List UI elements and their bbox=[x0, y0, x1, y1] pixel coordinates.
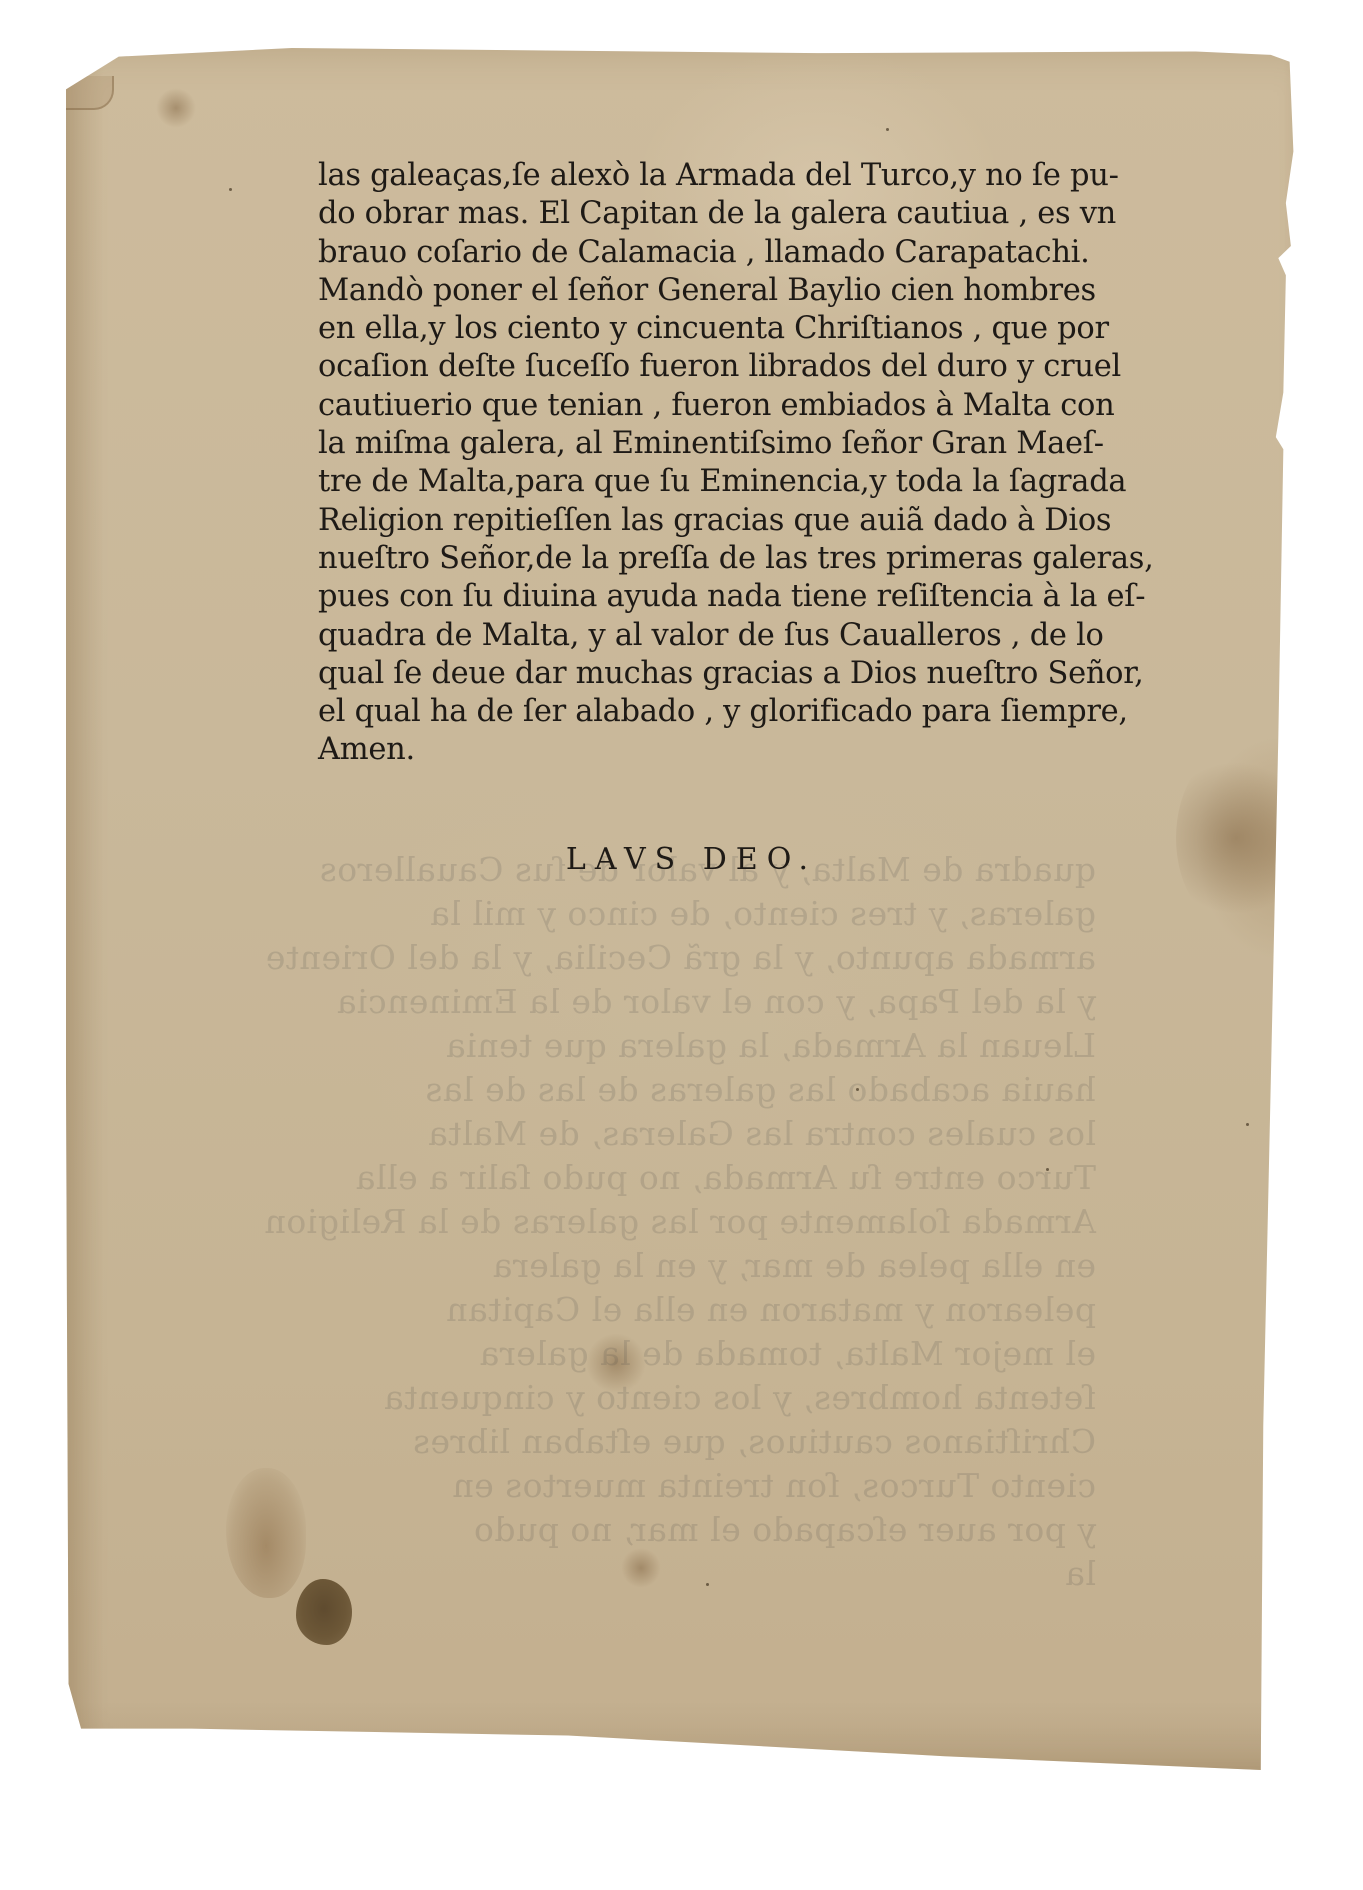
bleed-line: Armada ſolamente por las galeras de la R… bbox=[306, 1200, 1096, 1244]
stain-upper-left bbox=[156, 88, 196, 128]
text-line: Mandò poner el ſeñor General Baylio cien… bbox=[318, 272, 1058, 310]
bleed-line: ciento Turcos, ſon treinta muertos en bbox=[306, 1464, 1096, 1508]
bleed-line: y por auer eſcapado el mar, no pudo bbox=[306, 1508, 1096, 1552]
bleed-line: Chriſtianos cautiuos, que eſtaban libres bbox=[306, 1420, 1096, 1464]
bleed-line: hauia acabado las galeras de las de las bbox=[306, 1068, 1096, 1112]
body-text: las galeaças,ſe alexò la Armada del Turc… bbox=[318, 157, 1058, 770]
text-line: nueſtro Señor,de la preſſa de las tres p… bbox=[318, 540, 1058, 578]
text-line: qual ſe deue dar muchas gracias a Dios n… bbox=[318, 655, 1058, 693]
paper-speck bbox=[886, 128, 889, 131]
bleed-line: galeras, y tres ciento, de cinco y mil l… bbox=[306, 892, 1096, 936]
text-line: brauo coſario de Calamacia , llamado Car… bbox=[318, 234, 1058, 272]
bleed-line: el mejor Malta, tomada de la galera bbox=[306, 1332, 1096, 1376]
closing-laus-deo: LAVS DEO. bbox=[0, 842, 1363, 877]
text-line: las galeaças,ſe alexò la Armada del Turc… bbox=[318, 157, 1058, 195]
paper-speck bbox=[229, 188, 232, 191]
bleed-line: la bbox=[306, 1552, 1096, 1596]
bleed-line: Turco entre ſu Armada, no pudo ſalir a e… bbox=[306, 1156, 1096, 1200]
text-line: el qual ha de ſer alabado , y glorificad… bbox=[318, 693, 1058, 731]
blotch-stain bbox=[226, 1468, 306, 1598]
bleed-line: pelearon y mataron en ella el Capitan bbox=[306, 1288, 1096, 1332]
paper-speck bbox=[1246, 1123, 1249, 1126]
bleed-line: los cuales contra las Galeras, de Malta bbox=[306, 1112, 1096, 1156]
text-line: do obrar mas. El Capitan de la galera ca… bbox=[318, 195, 1058, 233]
text-line: quadra de Malta, y al valor de ſus Caual… bbox=[318, 617, 1058, 655]
text-line: en ella,y los ciento y cincuenta Chriſti… bbox=[318, 310, 1058, 348]
text-line: ocaſion deſte ſuceſſo fueron librados de… bbox=[318, 348, 1058, 386]
text-line: pues con ſu diuina ayuda nada tiene reſi… bbox=[318, 578, 1058, 616]
bleed-line: en ella pelea de mar, y en la galera bbox=[306, 1244, 1096, 1288]
bleed-through-text: quadra de Malta, y al valor de ſus Caual… bbox=[306, 848, 1096, 1596]
text-line: Religion repitieſſen las gracias que aui… bbox=[318, 502, 1058, 540]
text-line: Amen. bbox=[318, 731, 1058, 769]
bleed-line: armada apunto, y la grã Cecilia, y la de… bbox=[306, 936, 1096, 980]
text-line: cautiuerio que tenian , fueron embiados … bbox=[318, 387, 1058, 425]
bleed-line: y la del Papa, y con el valor de la Emin… bbox=[306, 980, 1096, 1024]
folded-corner bbox=[66, 76, 114, 110]
text-line: la miſma galera, al Eminentiſsimo ſeñor … bbox=[318, 425, 1058, 463]
bleed-line: ſetenta hombres, y los ciento y cinquent… bbox=[306, 1376, 1096, 1420]
bleed-line: Lleuan la Armada, la galera que tenia bbox=[306, 1024, 1096, 1068]
water-stain-right bbox=[1176, 748, 1296, 928]
text-line: tre de Malta,para que ſu Eminencia,y tod… bbox=[318, 463, 1058, 501]
